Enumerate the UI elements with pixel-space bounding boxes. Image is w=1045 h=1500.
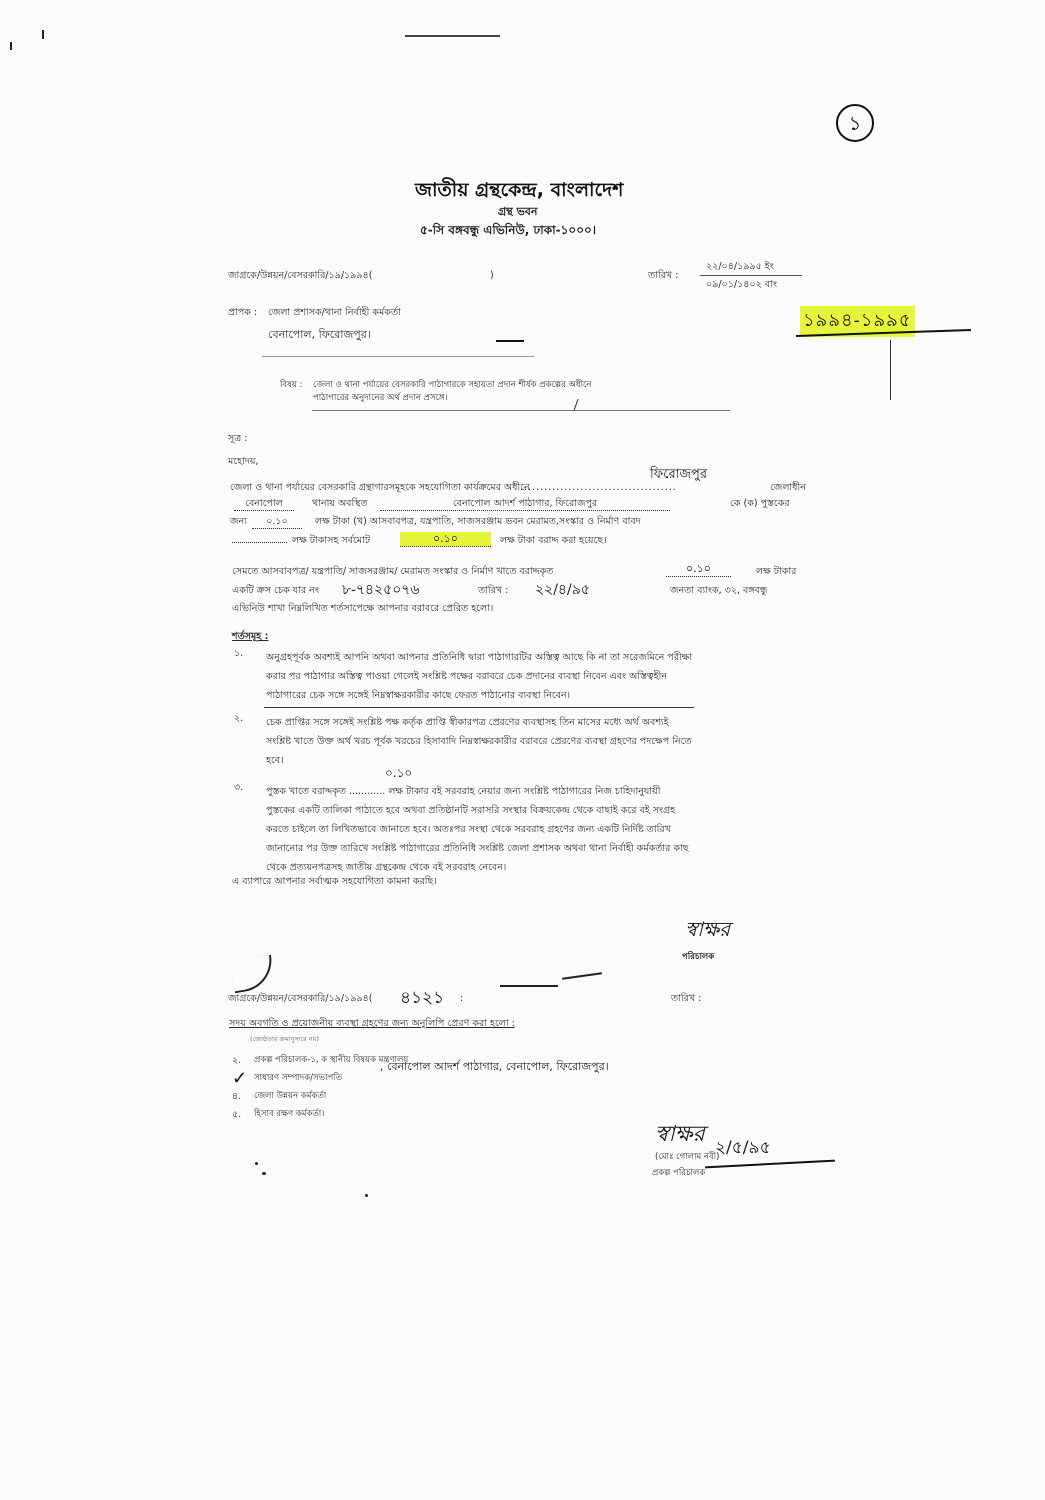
scan-artifact-mark xyxy=(42,30,44,39)
scan-speck xyxy=(365,1194,368,1197)
body-p2-b: লক্ষ টাকার xyxy=(756,566,796,578)
subject-underline xyxy=(312,410,730,411)
copy-item: হিসাব রক্ষণ কর্মকর্তা। xyxy=(254,1109,324,1120)
recipient-underline xyxy=(262,356,534,357)
body-p2-d: জনতা ব্যাংক, ৩২, বঙ্গবন্ধু xyxy=(670,585,767,597)
condition-line: পুস্তক খাতে বরাদ্দকৃত ............ লক্ষ … xyxy=(266,782,689,801)
closing-line: এ ব্যাপারে আপনার সর্বাত্মক সহযোগিতা কামন… xyxy=(232,876,437,888)
body-p1-a: জেলা ও থানা পর্যায়ের বেসরকারি গ্রন্থাগা… xyxy=(230,482,530,494)
furniture-amount xyxy=(232,542,287,543)
date-label: তারিখ : xyxy=(648,270,678,282)
books-amount: ০.১০ xyxy=(252,516,302,529)
furniture-field xyxy=(232,535,287,547)
file-range-tick xyxy=(890,340,891,400)
copy-item-num: ৪. xyxy=(232,1091,241,1103)
condition-num: ১. xyxy=(234,648,243,660)
condition-line: অনুগ্রহপূর্বক অবশ্যই আপনি অথবা আপনার প্র… xyxy=(266,648,692,667)
p2-amount-field: ০.১০ xyxy=(666,562,731,577)
condition-line: পাঠাগারের চেক সঙ্গে সঙ্গেই নিম্নস্বাক্ষর… xyxy=(266,686,692,705)
scan-speck xyxy=(262,1172,266,1175)
condition-line: সংশ্লিষ্ট খাতে উক্ত অর্থ খরচ পূর্বক খরচে… xyxy=(266,732,692,751)
condition-item-1: ১. অনুগ্রহপূর্বক অবশ্যই আপনি অথবা আপনার … xyxy=(234,648,692,705)
recipient-line2: বেনাপোল, ফিরোজপুর। xyxy=(268,328,371,342)
copy-handwritten-addressee: , বেনাপোল আদর্শ পাঠাগার, বেনাপোল, ফিরোজপ… xyxy=(380,1058,609,1077)
body-p2-c: একটি ক্রস চেক যার নং xyxy=(232,585,319,597)
reference-sutra-label: সূত্র : xyxy=(228,433,247,445)
scan-artifact-line xyxy=(405,35,500,37)
scan-artifact-mark xyxy=(10,42,12,50)
dash xyxy=(496,340,524,342)
cheque-date-label: তারিখ : xyxy=(478,585,508,597)
condition-line: হবে। xyxy=(266,751,692,770)
condition-num: ২. xyxy=(234,713,243,725)
condition-line: পুস্তকের একটি তালিকা পাঠাতে হবে অথবা প্র… xyxy=(266,801,689,820)
date-divider xyxy=(700,275,802,276)
copy-memo-bracket: : xyxy=(460,993,463,1005)
body-p1-d: লক্ষ টাকা (খ) আসবাবপত্র, যন্ত্রপাতি, সাজ… xyxy=(315,516,641,528)
condition-line: থেকে প্রত্যয়নপত্রসহ জাতীয় গ্রন্থকেন্দ্… xyxy=(266,858,689,877)
total-amount: ০.১০ xyxy=(400,532,491,547)
director-title: পরিচালক xyxy=(682,952,714,963)
total-field: ০.১০ xyxy=(400,532,491,547)
body-p1-e: লক্ষ টাকাসহ সর্বমোট xyxy=(292,535,370,547)
body-p2-a: সেমতে আসবাবপত্র/ যন্ত্রপাতি/ সাজসরঞ্জাম/… xyxy=(232,566,553,578)
copy-heading: সদয় অবগতি ও প্রয়োজনীয় ব্যবস্থা গ্রহণে… xyxy=(229,1018,515,1030)
library-value: বেনাপোল আদর্শ পাঠাগার, ফিরোজপুর xyxy=(380,498,670,511)
memo-number: জাগ্রকে/উন্নয়ন/বেসরকারি/১৯/১৯৯৪( xyxy=(228,270,372,282)
copy-memo-handwritten: ৪১২১ xyxy=(400,985,444,1013)
cheque-number: ৮-৭৪২৫০৭৬ xyxy=(342,578,420,602)
body-p1-b: কে (ক) পুস্তকের xyxy=(730,498,790,510)
date-bengali: ০৯/০১/১৪০২ বাং xyxy=(706,279,777,291)
subject-line1: জেলা ও থানা পর্যায়ের বেসরকারি পাঠাগারকে… xyxy=(313,380,592,391)
p2-amount: ০.১০ xyxy=(666,562,731,577)
subject-line2: পাঠাগারের অনুদানের অর্থ প্রদান প্রসঙ্গে। xyxy=(313,393,448,404)
checkmark-icon: ✓ xyxy=(232,1068,247,1089)
thana-value: বেনাপোল xyxy=(234,498,294,511)
books-field: ০.১০ xyxy=(252,516,302,529)
project-director-title: প্রকল্প পরিচালক xyxy=(652,1168,705,1179)
cheque-date: ২২/৪/৯৫ xyxy=(535,578,590,602)
check-mark: ⁄ xyxy=(573,398,579,414)
recipient-label: প্রাপক : xyxy=(228,307,257,319)
pen-stroke xyxy=(562,972,602,980)
thana-label: থানায় অবস্থিত xyxy=(312,498,368,510)
subject-label: বিষয় : xyxy=(280,380,302,391)
library-field: বেনাপোল আদর্শ পাঠাগার, ফিরোজপুর xyxy=(380,498,670,511)
date-gregorian: ২২/০৪/১৯৯৫ ইং xyxy=(706,261,774,273)
body-p1-f: লক্ষ টাকা বরাদ্দ করা হয়েছে। xyxy=(500,535,607,547)
project-director-name: (মোঃ গোলাম নবী) xyxy=(655,1152,719,1163)
body-p1-c: জন্য xyxy=(230,516,247,528)
letterhead-building: গ্রন্থ ভবন xyxy=(498,203,537,222)
copy-memo-number: জাগ্রকে/উন্নয়ন/বেসরকারি/১৯/১৯৯৪( xyxy=(228,993,372,1005)
pen-stroke xyxy=(230,955,277,994)
conditions-heading: শর্তসমূহ : xyxy=(232,631,268,643)
copy-item-num: ৫. xyxy=(232,1109,241,1121)
copy-item: জেলা উন্নয়ন কর্মকর্তা xyxy=(254,1091,326,1102)
copy-date-label: তারিখ : xyxy=(671,993,701,1005)
director-signature: স্বাক্ষর xyxy=(685,915,730,948)
condition-item-3: ৩. পুস্তক খাতে বরাদ্দকৃত ............ লক… xyxy=(234,782,689,877)
condition-line: জানানোর পর উক্ত তারিখে সংশ্লিষ্ট পাঠাগার… xyxy=(266,839,689,858)
condition-num: ৩. xyxy=(234,782,243,794)
copy-item-num: ২. xyxy=(232,1055,241,1067)
memo-bracket-close: ) xyxy=(490,270,494,282)
thana-field: বেনাপোল xyxy=(234,498,294,511)
recipient-line1: জেলা প্রশাসক/থানা নির্বাহী কর্মকর্তা xyxy=(268,307,401,319)
letterhead-address: ৫-সি বঙ্গবন্ধু এভিনিউ, ঢাকা-১০০০। xyxy=(420,222,596,242)
page-number-circle: ১ xyxy=(836,104,874,142)
body-p2-e: এভিনিউ শাখা নিম্নলিখিত শর্তসাপেক্ষে আপনা… xyxy=(232,603,493,615)
project-director-signature: স্বাক্ষর xyxy=(655,1117,705,1154)
signature-date: ২/৫/৯৫ xyxy=(715,1135,771,1163)
condition-item-2: ২. চেক প্রাপ্তির সঙ্গে সঙ্গেই সংশ্লিষ্ট … xyxy=(234,713,692,770)
copy-item: সাধারণ সম্পাদক/সভাপতি xyxy=(254,1073,342,1084)
copy-sub-note: (জ্যেষ্ঠতার ক্রমানুসারে নয়) xyxy=(250,1035,319,1043)
condition-line: করার পর পাঠাগার অস্তিত্ব পাওয়া গেলেই সং… xyxy=(266,667,692,686)
salutation: মহোদয়, xyxy=(228,456,258,468)
district-handwritten: ফিরোজপুর xyxy=(650,465,707,486)
condition-1-underline xyxy=(264,707,694,708)
condition-line: করতে চাইলে তা লিখিতভাবে জানাতে হবে। অতঃপ… xyxy=(266,820,689,839)
scan-speck xyxy=(255,1162,258,1165)
pen-stroke xyxy=(500,985,558,987)
condition-line: চেক প্রাপ্তির সঙ্গে সঙ্গেই সংশ্লিষ্ট পক্… xyxy=(266,713,692,732)
district-label: জেলাধীন xyxy=(770,482,806,494)
